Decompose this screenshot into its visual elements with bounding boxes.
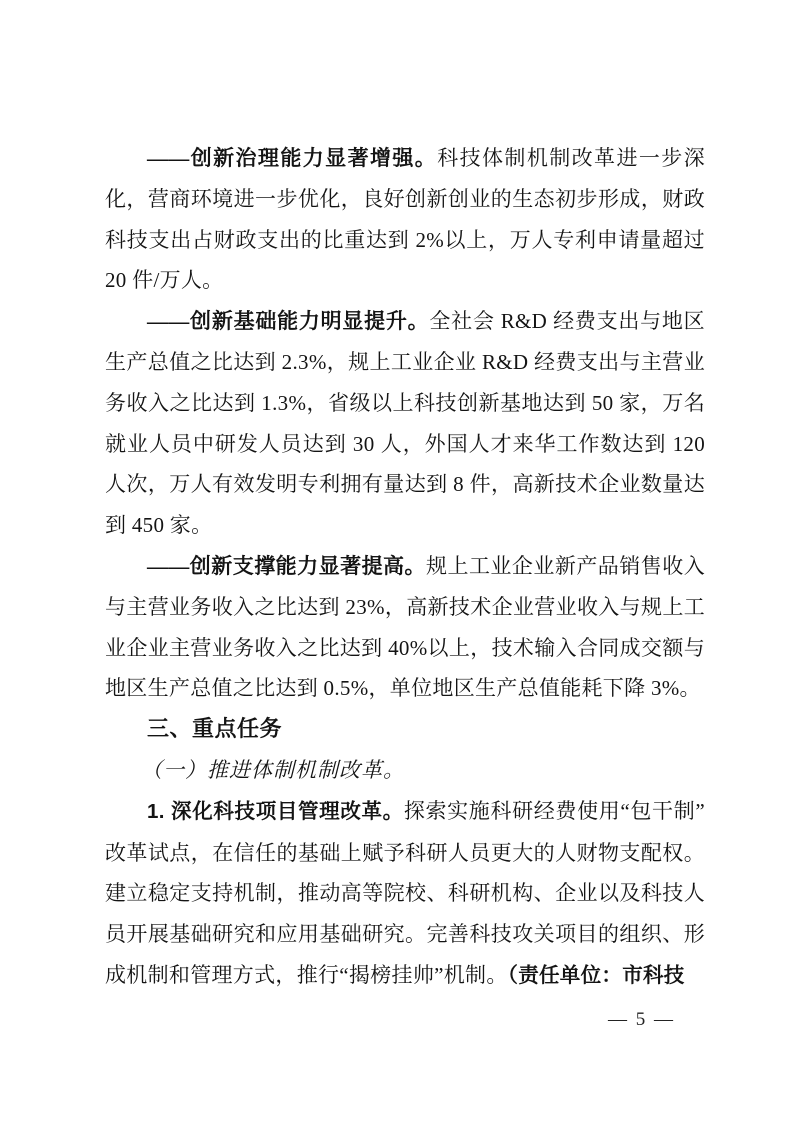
document-page: ——创新治理能力显著增强。科技体制机制改革进一步深化，营商环境进一步优化，良好创… (0, 0, 793, 1122)
page-number: — 5 — (608, 1008, 675, 1032)
responsible-unit-label: （责任单位：市科技 (508, 964, 685, 987)
dash-paragraph-foundation: ——创新基础能力明显提升。全社会 R&D 经费支出与地区生产总值之比达到 2.3… (105, 301, 705, 546)
document-body: ——创新治理能力显著增强。科技体制机制改革进一步深化，营商环境进一步优化，良好创… (105, 138, 705, 997)
subsection-heading-reform: （一）推进体制机制改革。 (105, 750, 705, 791)
dash-paragraph-support: ——创新支撑能力显著提高。规上工业企业新产品销售收入与主营业务收入之比达到 23… (105, 546, 705, 709)
numbered-paragraph-task1: 1. 深化科技项目管理改革。探索实施科研经费使用“包干制”改革试点，在信任的基础… (105, 791, 705, 997)
paragraph-lead-support: ——创新支撑能力显著提高。 (147, 554, 426, 578)
paragraph-body-task1: 探索实施科研经费使用“包干制”改革试点，在信任的基础上赋予科研人员更大的人财物支… (105, 799, 705, 987)
dash-paragraph-governance: ——创新治理能力显著增强。科技体制机制改革进一步深化，营商环境进一步优化，良好创… (105, 138, 705, 301)
paragraph-lead-governance: ——创新治理能力显著增强。 (147, 146, 437, 170)
paragraph-lead-task1: 1. 深化科技项目管理改革。 (147, 800, 404, 823)
paragraph-lead-foundation: ——创新基础能力明显提升。 (147, 309, 429, 333)
section-heading-key-tasks: 三、重点任务 (105, 709, 705, 750)
paragraph-body-foundation: 全社会 R&D 经费支出与地区生产总值之比达到 2.3%，规上工业企业 R&D … (105, 309, 705, 537)
